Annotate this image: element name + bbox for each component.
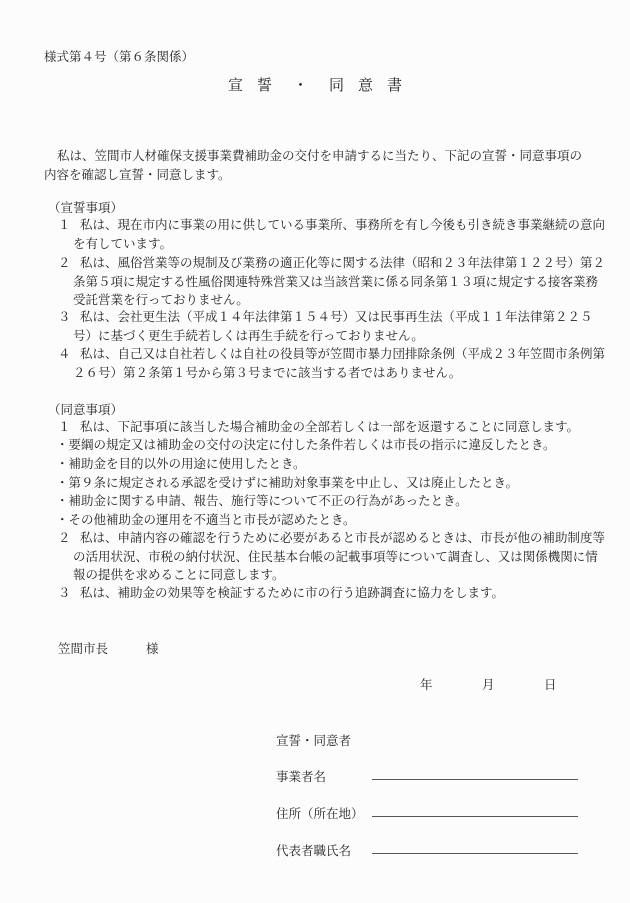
addressee: 笠間市長様 bbox=[58, 639, 159, 657]
item-text: 私は、自己又は自社若しくは自社の役員等が笠間市暴力団排除条例（平成２３年笠間市条… bbox=[73, 346, 605, 380]
consent-bullet: ・補助金に関する申請、報告、施行等について不正の行為があったとき。 bbox=[56, 492, 468, 511]
form-number: 様式第４号（第６条関係） bbox=[44, 47, 194, 65]
consent-bullet: ・補助金を目的以外の用途に使用したとき。 bbox=[56, 455, 306, 474]
oath-item-1: １私は、現在市内に事業の用に供している事業所、事務所を有し今後も引き続き事業継続… bbox=[58, 216, 608, 253]
item-number: ３ bbox=[58, 584, 80, 603]
oath-item-4: ４私は、自己又は自社若しくは自社の役員等が笠間市暴力団排除条例（平成２３年笠間市… bbox=[58, 345, 608, 382]
addressee-name: 笠間市長 bbox=[58, 641, 108, 656]
oath-item-3: ３私は、会社更生法（平成１４年法律第１５４号）又は民事再生法（平成１１年法律第２… bbox=[58, 308, 608, 345]
consent-bullet: ・その他補助金の運用を不適当と市長が認めたとき。 bbox=[56, 511, 356, 530]
addressee-honorific: 様 bbox=[146, 641, 159, 656]
item-text: 私は、申請内容の確認を行うために必要があると市長が認めるときは、市長が他の補助制… bbox=[73, 530, 605, 582]
item-text: 私は、下記事項に該当した場合補助金の全部若しくは一部を返還することに同意します。 bbox=[80, 419, 579, 434]
address-label: 住所（所在地） bbox=[276, 804, 364, 822]
business-name-field[interactable] bbox=[372, 779, 578, 780]
item-number: ２ bbox=[58, 254, 80, 273]
consent-item-2: ２私は、申請内容の確認を行うために必要があると市長が認めるときは、市長が他の補助… bbox=[58, 529, 608, 585]
date-year: 年 bbox=[420, 675, 482, 693]
representative-field[interactable] bbox=[372, 853, 578, 854]
title-char: 書 bbox=[387, 74, 402, 95]
consent-item-3: ３私は、補助金の効果等を検証するために市の行う追跡調査に協力をします。 bbox=[58, 584, 608, 603]
item-text: 私は、風俗営業等の規制及び業務の適正化等に関する法律（昭和２３年法律第１２２号）… bbox=[73, 255, 605, 307]
consent-bullet: ・要綱の規定又は補助金の交付の決定に付した条件若しくは市長の指示に違反したとき。 bbox=[56, 436, 556, 455]
item-number: ４ bbox=[58, 345, 80, 364]
item-number: １ bbox=[58, 418, 80, 437]
representative-label: 代表者職氏名 bbox=[276, 841, 351, 859]
business-name-label: 事業者名 bbox=[276, 767, 326, 785]
consent-bullet: ・第９条に規定される承認を受けずに補助対象事業を中止し、又は廃止したとき。 bbox=[56, 474, 518, 493]
item-text: 私は、補助金の効果等を検証するために市の行う追跡調査に協力をします。 bbox=[80, 585, 504, 600]
item-number: １ bbox=[58, 216, 80, 235]
oath-section-heading: （宣誓事項） bbox=[48, 198, 123, 216]
page-title: 宣誓・同意書 bbox=[0, 74, 630, 95]
title-char: 同 bbox=[329, 74, 344, 95]
oath-item-2: ２私は、風俗営業等の規制及び業務の適正化等に関する法律（昭和２３年法律第１２２号… bbox=[58, 254, 608, 310]
title-char: 意 bbox=[358, 74, 373, 95]
date-day: 日 bbox=[544, 675, 606, 693]
date-month: 月 bbox=[482, 675, 544, 693]
title-char: 誓 bbox=[257, 74, 272, 95]
item-text: 私は、会社更生法（平成１４年法律第１５４号）又は民事再生法（平成１１年法律第２２… bbox=[73, 309, 593, 343]
intro-paragraph: 私は、笠間市人材確保支援事業費補助金の交付を申請するに当たり、下記の宣誓・同意事… bbox=[44, 146, 589, 184]
item-number: ２ bbox=[58, 529, 80, 548]
address-field[interactable] bbox=[372, 816, 578, 817]
title-char: ・ bbox=[293, 74, 308, 95]
title-char: 宣 bbox=[228, 74, 243, 95]
item-number: ３ bbox=[58, 308, 80, 327]
signatory-heading: 宣誓・同意者 bbox=[276, 731, 351, 749]
item-text: 私は、現在市内に事業の用に供している事業所、事務所を有し今後も引き続き事業継続の… bbox=[73, 217, 605, 251]
consent-section-heading: （同意事項） bbox=[48, 400, 123, 418]
consent-item-1: １私は、下記事項に該当した場合補助金の全部若しくは一部を返還することに同意します… bbox=[58, 418, 608, 437]
date-field: 年月日 bbox=[420, 675, 606, 693]
